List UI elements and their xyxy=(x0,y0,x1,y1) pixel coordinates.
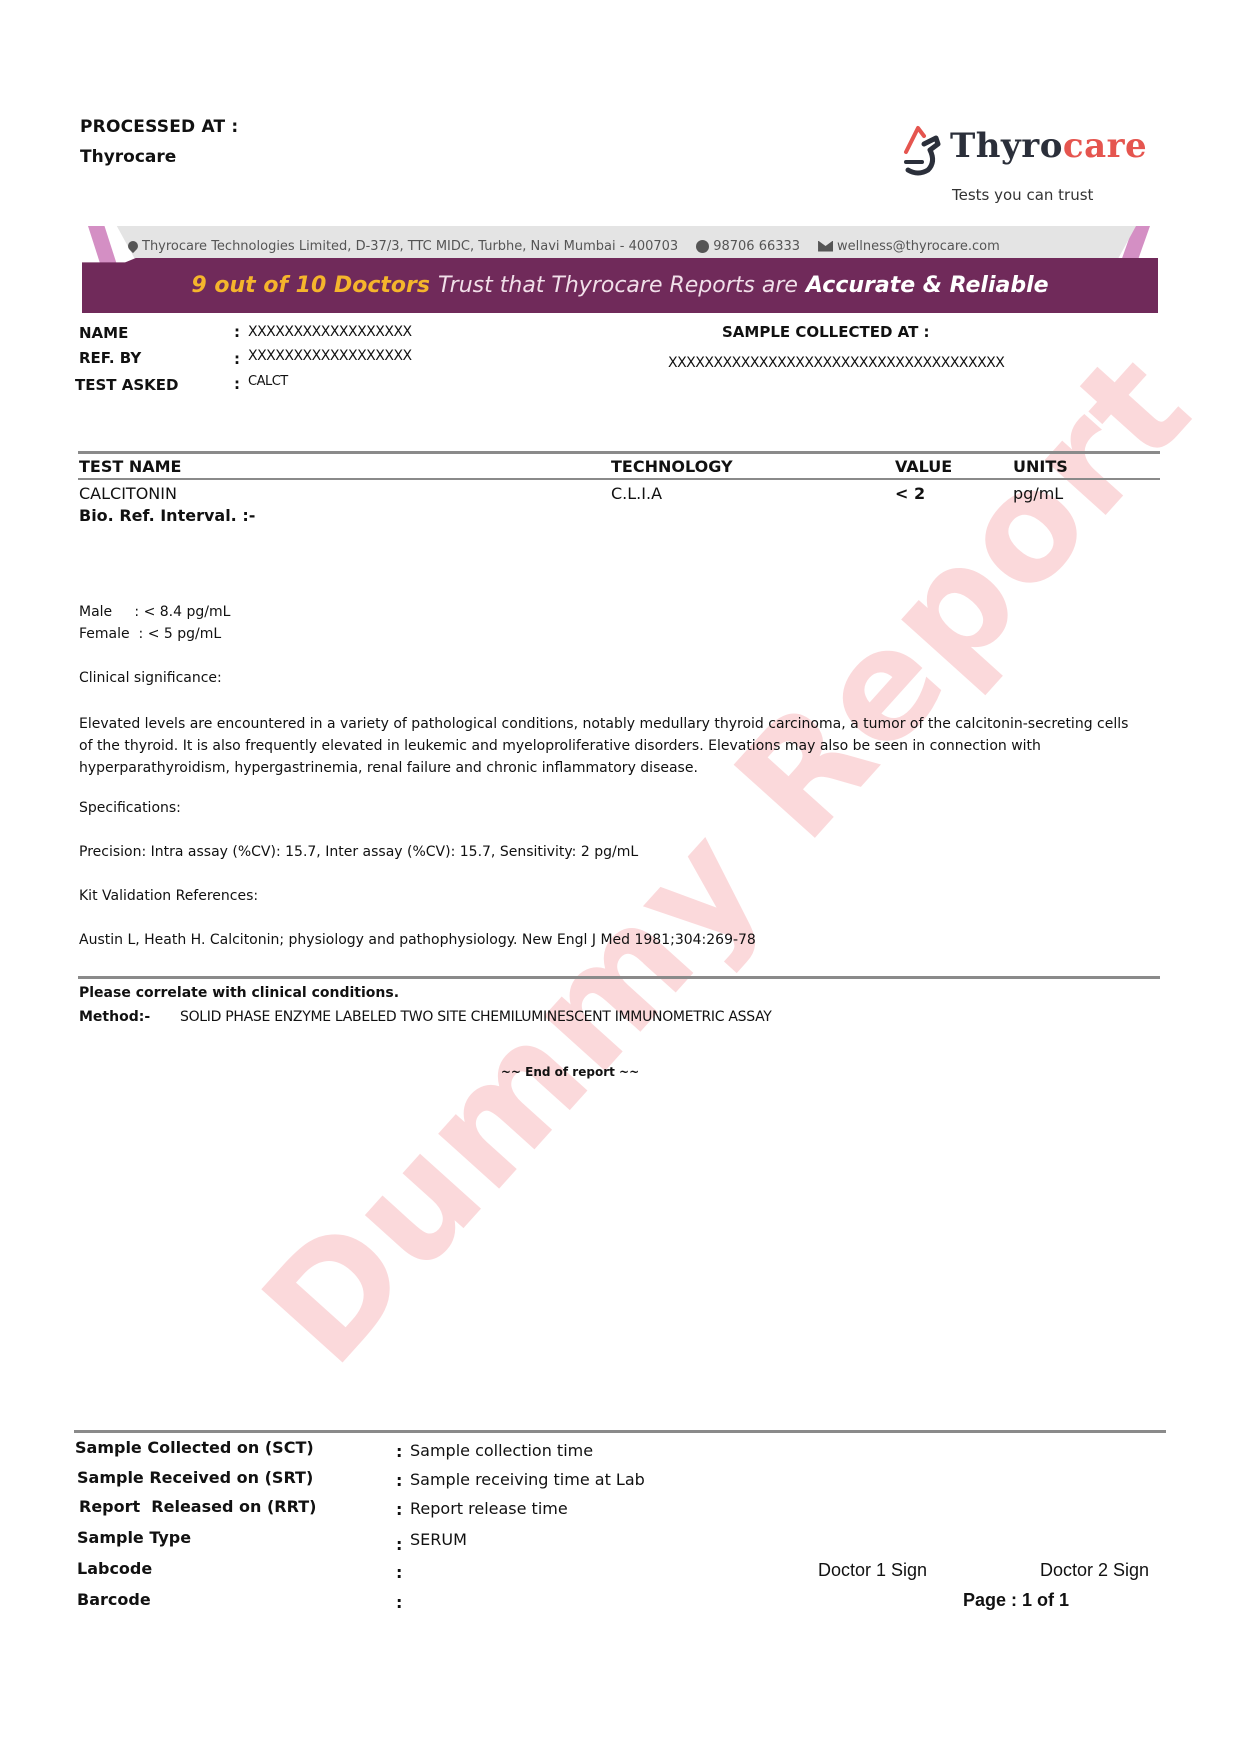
slogan-highlight: 9 out of 10 Doctors xyxy=(191,273,430,298)
logo-word-red: care xyxy=(1063,126,1147,166)
header-value: VALUE xyxy=(895,457,952,476)
kit-validation-title: Kit Validation References: xyxy=(79,888,258,904)
sample-type-colon: : xyxy=(396,1535,402,1554)
sample-received-on-colon: : xyxy=(396,1471,402,1490)
report-released-on-colon: : xyxy=(396,1500,402,1519)
method-label: Method:- xyxy=(79,1009,150,1025)
header-technology: TECHNOLOGY xyxy=(611,457,733,476)
barcode-label: Barcode xyxy=(77,1590,151,1609)
clinical-significance-text: Elevated levels are encountered in a var… xyxy=(79,713,1139,779)
company-email: wellness@thyrocare.com xyxy=(837,239,1000,254)
name-colon: : xyxy=(234,323,240,341)
slogan-end: Accurate & Reliable xyxy=(806,273,1049,298)
flask-microscope-icon xyxy=(900,122,944,182)
method-top-rule xyxy=(78,976,1160,979)
processed-at-value: Thyrocare xyxy=(80,147,176,167)
slogan-middle: Trust that Thyrocare Reports are xyxy=(438,273,798,298)
specifications-title: Specifications: xyxy=(79,800,181,816)
whatsapp-phone-icon xyxy=(696,240,709,253)
banner-slogan: 9 out of 10 Doctors Trust that Thyrocare… xyxy=(82,258,1158,313)
sample-collected-at-label: SAMPLE COLLECTED AT : xyxy=(722,323,930,341)
doctor-1-sign: Doctor 1 Sign xyxy=(818,1560,927,1581)
sample-type-value: SERUM xyxy=(410,1530,467,1549)
reference-female: Female : < 5 pg/mL xyxy=(79,626,221,642)
labcode-label: Labcode xyxy=(77,1559,152,1578)
sample-collected-on-value: Sample collection time xyxy=(410,1441,593,1460)
thyrocare-logo: Thyrocare Tests you can trust xyxy=(900,120,1160,210)
method-value: SOLID PHASE ENZYME LABELED TWO SITE CHEM… xyxy=(180,1009,772,1025)
sample-received-on-label: Sample Received on (SRT) xyxy=(77,1468,313,1487)
result-value: < 2 xyxy=(895,484,925,503)
ref-by-value: XXXXXXXXXXXXXXXXXX xyxy=(248,348,412,364)
ref-by-label: REF. BY xyxy=(79,349,141,367)
correlate-note: Please correlate with clinical condition… xyxy=(79,985,399,1001)
name-label: NAME xyxy=(79,324,128,342)
doctor-2-sign: Doctor 2 Sign xyxy=(1040,1560,1149,1581)
bio-ref-interval-label: Bio. Ref. Interval. :- xyxy=(79,506,255,525)
processed-at-label: PROCESSED AT : xyxy=(80,117,238,137)
barcode-colon: : xyxy=(396,1593,402,1612)
banner-contact-info: Thyrocare Technologies Limited, D-37/3, … xyxy=(128,234,1138,258)
clinical-significance-title: Clinical significance: xyxy=(79,670,222,686)
labcode-colon: : xyxy=(396,1563,402,1582)
test-asked-colon: : xyxy=(234,375,240,393)
company-phone: 98706 66333 xyxy=(713,239,800,254)
test-asked-label: TEST ASKED xyxy=(75,376,178,394)
logo-wordmark: Thyrocare xyxy=(950,126,1147,166)
reference-male: Male : < 8.4 pg/mL xyxy=(79,604,230,620)
table-header-rule xyxy=(78,478,1160,480)
logo-word-dark: Thyro xyxy=(950,126,1063,166)
email-icon xyxy=(818,241,833,252)
contact-banner: Thyrocare Technologies Limited, D-37/3, … xyxy=(82,222,1158,315)
watermark: Dummy Report xyxy=(231,537,1029,1397)
kit-validation-reference: Austin L, Heath H. Calcitonin; physiolog… xyxy=(79,932,756,948)
precision-text: Precision: Intra assay (%CV): 15.7, Inte… xyxy=(79,844,638,860)
location-pin-icon xyxy=(126,239,140,253)
sample-collected-at-value: XXXXXXXXXXXXXXXXXXXXXXXXXXXXXXXXXXXXX xyxy=(668,355,1004,371)
table-top-rule xyxy=(78,451,1160,454)
sample-received-on-value: Sample receiving time at Lab xyxy=(410,1470,645,1489)
sample-collected-on-label: Sample Collected on (SCT) xyxy=(75,1438,314,1457)
result-technology: C.L.I.A xyxy=(611,484,662,503)
name-value: XXXXXXXXXXXXXXXXXX xyxy=(248,324,412,340)
logo-tagline: Tests you can trust xyxy=(952,186,1093,204)
test-asked-value: CALCT xyxy=(248,374,288,389)
header-test-name: TEST NAME xyxy=(79,457,181,476)
end-of-report: ~~ End of report ~~ xyxy=(0,1065,1140,1079)
sample-type-label: Sample Type xyxy=(77,1528,191,1547)
report-released-on-value: Report release time xyxy=(410,1499,568,1518)
page-number: Page : 1 of 1 xyxy=(963,1590,1069,1611)
ref-by-colon: : xyxy=(234,350,240,368)
footer-top-rule xyxy=(74,1430,1166,1433)
sample-collected-on-colon: : xyxy=(396,1442,402,1461)
company-address: Thyrocare Technologies Limited, D-37/3, … xyxy=(142,239,678,254)
result-test-name: CALCITONIN xyxy=(79,484,177,503)
header-units: UNITS xyxy=(1013,457,1068,476)
report-released-on-label: Report Released on (RRT) xyxy=(79,1497,316,1516)
result-units: pg/mL xyxy=(1013,484,1063,503)
